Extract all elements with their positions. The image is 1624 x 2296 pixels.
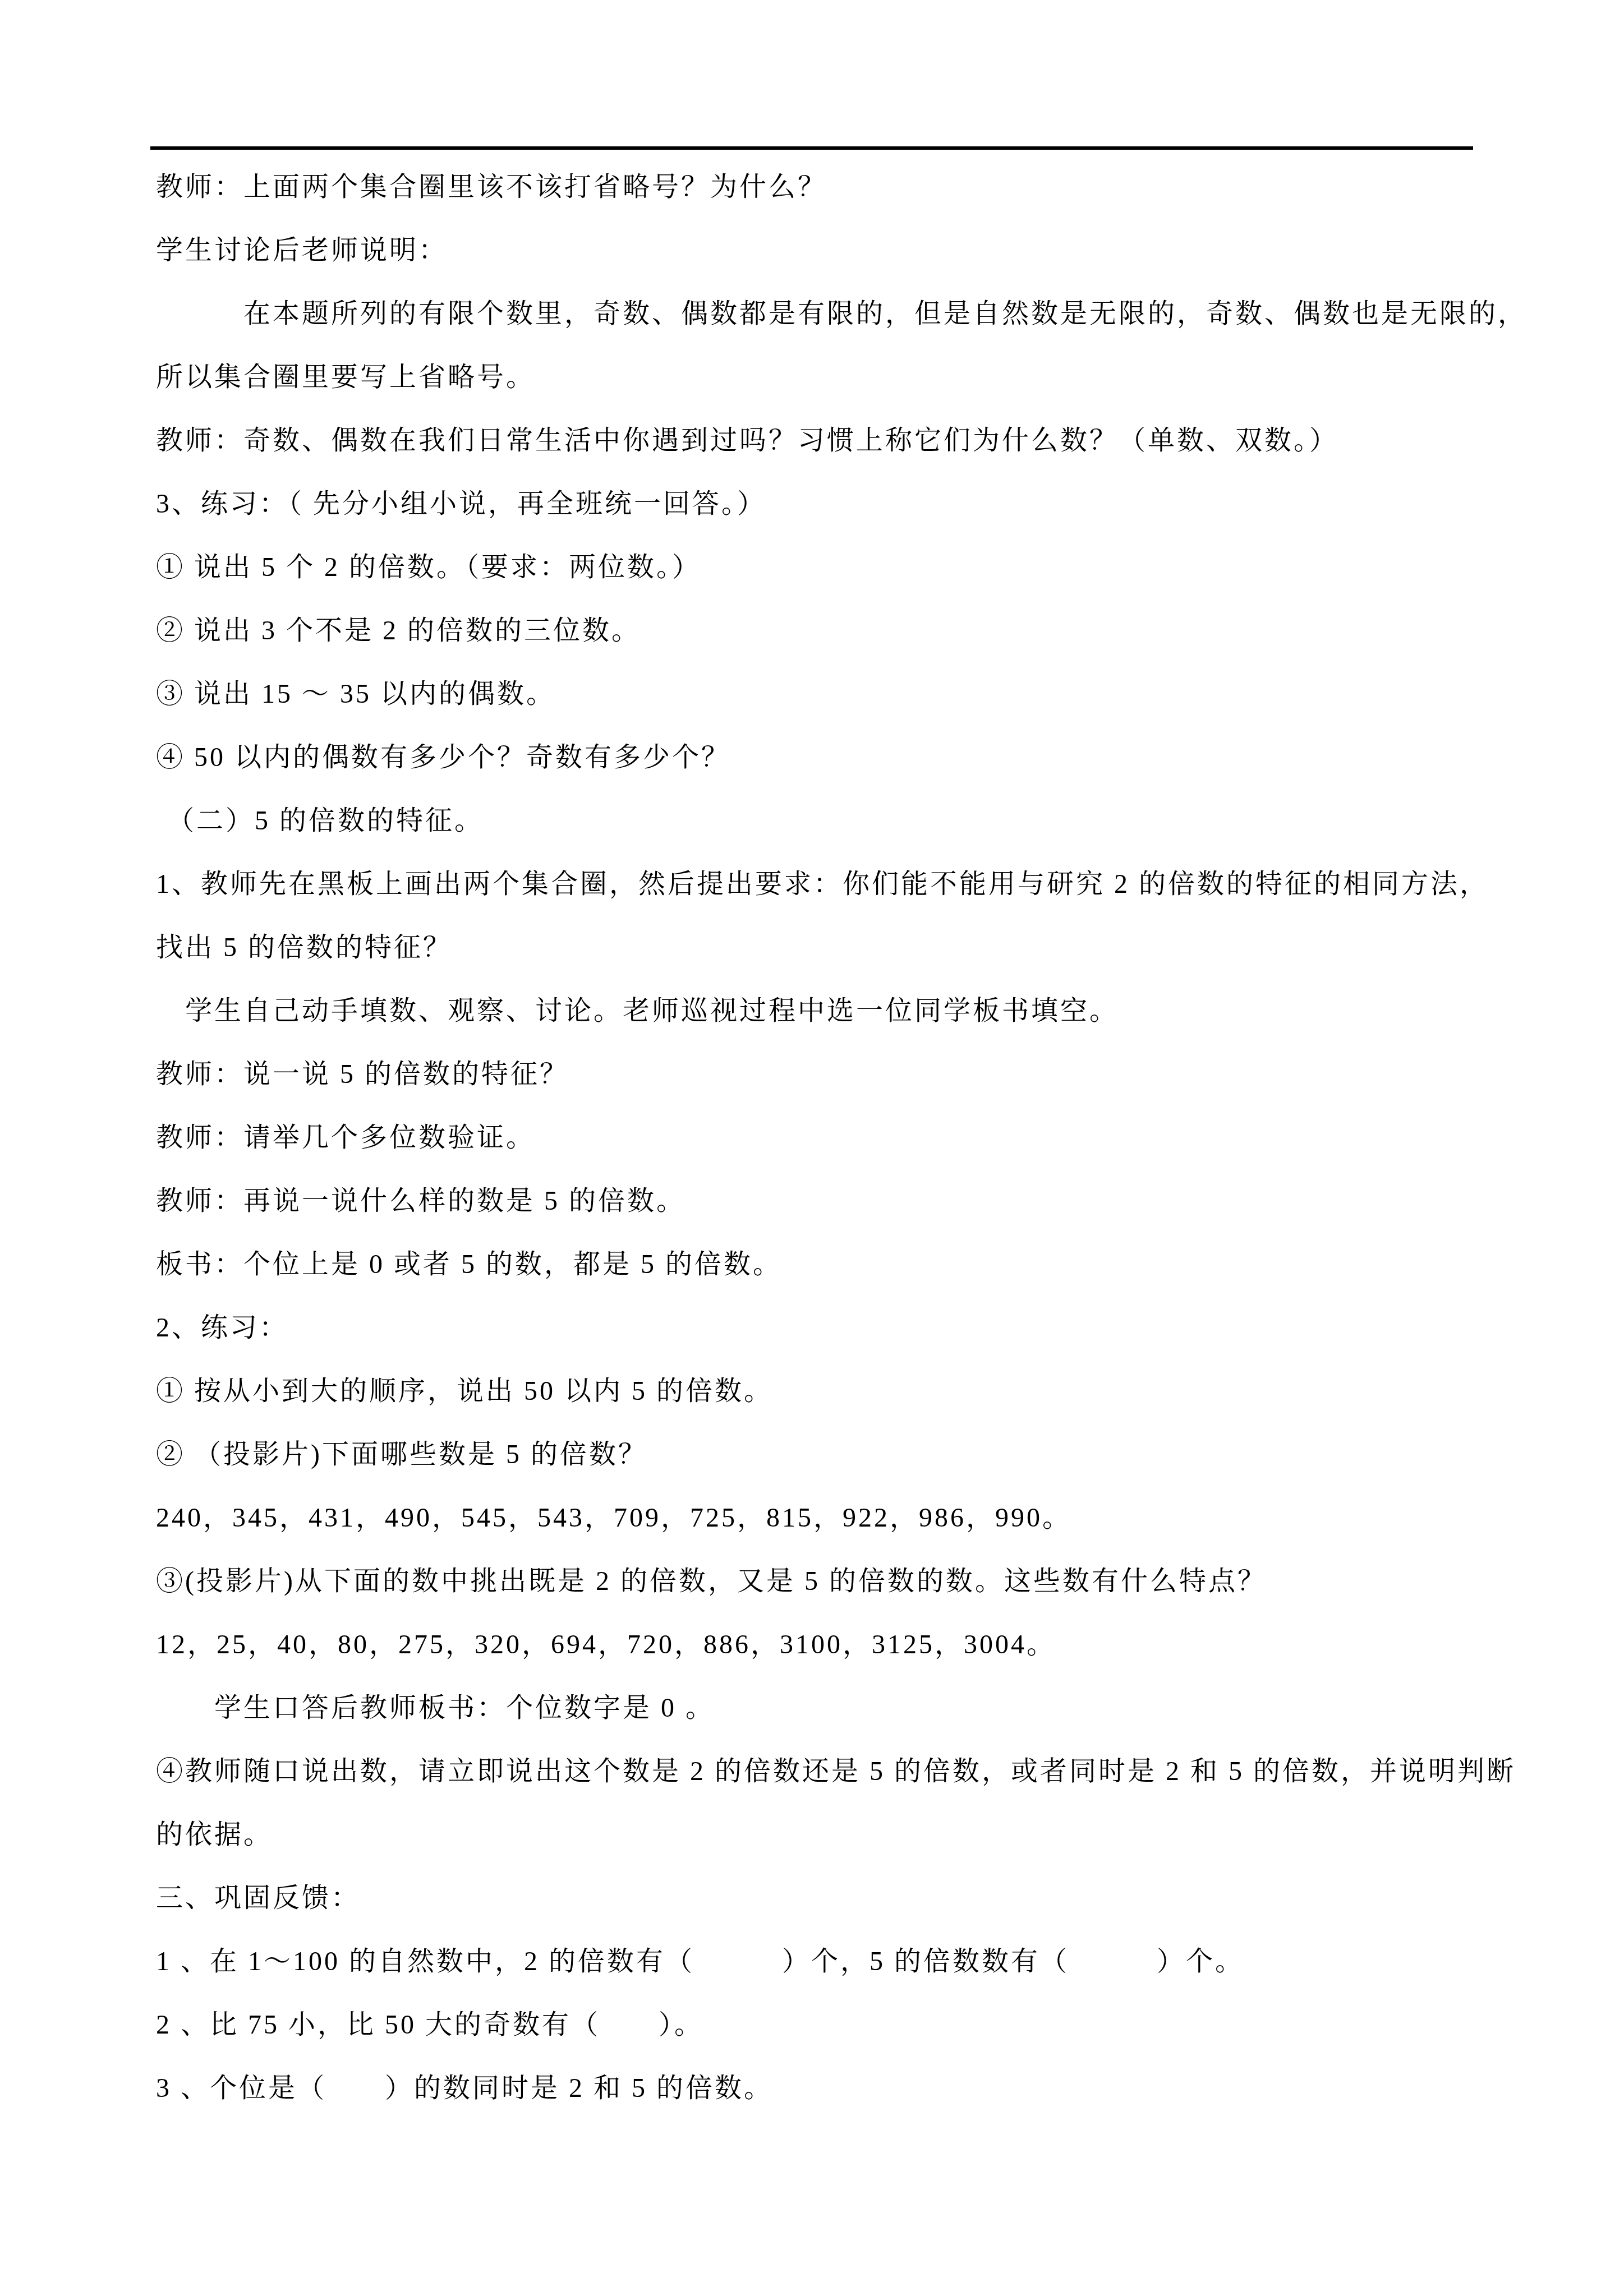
text-line: ① 按从小到大的顺序，说出 50 以内 5 的倍数。 xyxy=(156,1359,1485,1423)
text-line: 2、练习： xyxy=(156,1296,1485,1359)
text-line: 三、巩固反馈： xyxy=(156,1866,1485,1930)
text-line: 在本题所列的有限个数里，奇数、偶数都是有限的，但是自然数是无限的，奇数、偶数也是… xyxy=(156,282,1485,345)
text-line: 学生口答后教师板书：个位数字是 0 。 xyxy=(156,1676,1485,1740)
text-line: 教师：请举几个多位数验证。 xyxy=(156,1106,1485,1169)
text-line: 教师：再说一说什么样的数是 5 的倍数。 xyxy=(156,1169,1485,1233)
text-line: 板书：个位上是 0 或者 5 的数，都是 5 的倍数。 xyxy=(156,1233,1485,1296)
text-line: ③(投影片)从下面的数中挑出既是 2 的倍数，又是 5 的倍数的数。这些数有什么… xyxy=(156,1550,1485,1613)
text-line: （二）5 的倍数的特征。 xyxy=(156,789,1485,852)
header-rule xyxy=(150,146,1473,150)
text-line: ④教师随口说出数，请立即说出这个数是 2 的倍数还是 5 的倍数，或者同时是 2… xyxy=(156,1740,1485,1803)
text-line: 240，345，431，490，545，543，709，725，815，922，… xyxy=(156,1486,1485,1550)
text-line: 12，25，40，80，275，320，694，720，886，3100，312… xyxy=(156,1613,1485,1676)
text-line: 1、教师先在黑板上画出两个集合圈，然后提出要求：你们能不能用与研究 2 的倍数的… xyxy=(156,852,1485,916)
text-line: 所以集合圈里要写上省略号。 xyxy=(156,345,1485,409)
text-line: ④ 50 以内的偶数有多少个？奇数有多少个？ xyxy=(156,726,1485,789)
text-line: ② 说出 3 个不是 2 的倍数的三位数。 xyxy=(156,599,1485,662)
text-line: 3 、个位是（ ）的数同时是 2 和 5 的倍数。 xyxy=(156,2057,1485,2120)
text-line: 学生讨论后老师说明： xyxy=(156,219,1485,282)
text-line: 学生自己动手填数、观察、讨论。老师巡视过程中选一位同学板书填空。 xyxy=(156,979,1485,1043)
text-line: ① 说出 5 个 2 的倍数。（要求：两位数。） xyxy=(156,536,1485,599)
text-line: 教师：上面两个集合圈里该不该打省略号？为什么？ xyxy=(156,155,1485,219)
text-line: 2 、比 75 小，比 50 大的奇数有（ ）。 xyxy=(156,1993,1485,2057)
text-line: 找出 5 的倍数的特征？ xyxy=(156,916,1485,979)
text-line: ② （投影片)下面哪些数是 5 的倍数？ xyxy=(156,1423,1485,1486)
text-content: 教师：上面两个集合圈里该不该打省略号？为什么？学生讨论后老师说明：在本题所列的有… xyxy=(156,155,1485,2120)
text-line: 3、练习：（ 先分小组小说，再全班统一回答。） xyxy=(156,472,1485,536)
text-line: 教师：说一说 5 的倍数的特征？ xyxy=(156,1043,1485,1106)
text-line: 教师：奇数、偶数在我们日常生活中你遇到过吗？习惯上称它们为什么数？（单数、双数。… xyxy=(156,409,1485,472)
text-line: 的依据。 xyxy=(156,1803,1485,1866)
document-page: 教师：上面两个集合圈里该不该打省略号？为什么？学生讨论后老师说明：在本题所列的有… xyxy=(0,0,1624,2296)
text-line: ③ 说出 15 ～ 35 以内的偶数。 xyxy=(156,662,1485,726)
text-line: 1 、在 1～100 的自然数中，2 的倍数有（ ）个，5 的倍数数有（ ）个。 xyxy=(156,1930,1485,1993)
